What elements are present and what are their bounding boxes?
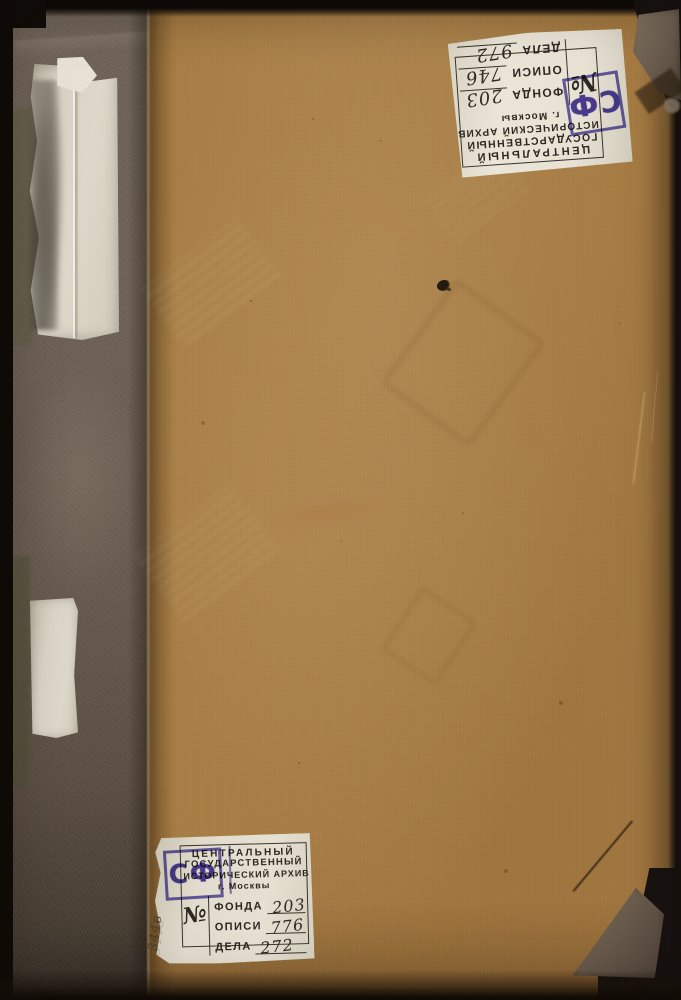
fond-label: ФОНДА [510,83,563,101]
label-fields: № ФОНДА 203 ОПИСИ 776 ДЕЛА 272 [184,893,307,956]
sf-ink-stamp: СФ [163,847,224,900]
opis-line: 746 [458,65,508,91]
spine-stain-lower [13,556,30,788]
delo-label: ДЕЛА [521,39,561,56]
delo-row: ДЕЛА 272 [215,933,306,955]
label-field-rows: ФОНДА 203 ОПИСИ 746 ДЕЛА 972 [457,39,570,112]
delo-label: ДЕЛА [215,941,252,955]
spine-wear-patch [22,360,140,590]
delo-line: 972 [457,42,518,69]
paper-strip-smudges [30,80,64,330]
photo-bottom-edge [0,970,681,1000]
label-paper: ЦЕНТРАЛЬНЫЙ ГОСУДАРСТВЕННЫЙ ИСТОРИЧЕСКИЙ… [153,833,314,965]
frayed-thread-tuft [664,98,680,113]
label-paper: ЦЕНТРАЛЬНЫЙ ГОСУДАРСТВЕННЫЙ ИСТОРИЧЕСКИЙ… [447,26,634,178]
photo-left-edge [0,0,13,1000]
ink-blot [437,280,450,291]
photo-top-edge [0,0,681,17]
photo-right-edge [668,0,681,1000]
delo-number-handwritten: 972 [473,39,513,66]
cover-hinge-highlight [147,4,150,996]
dirt-specks [250,300,252,302]
paper-strip-crease [73,66,75,338]
torn-paper-strip-lower [30,598,78,738]
fond-label: ФОНДА [214,901,263,915]
delo-line: 272 [255,932,306,954]
book-cover-photo: ЦЕНТРАЛЬНЫЙ ГОСУДАРСТВЕННЫЙ ИСТОРИЧЕСКИЙ… [0,0,681,1000]
label-field-rows: ФОНДА 203 ОПИСИ 776 ДЕЛА 272 [208,893,307,956]
fond-line: 203 [460,87,508,113]
opis-label: ОПИСИ [510,61,562,79]
opis-line: 776 [266,912,306,934]
sf-ink-stamp: СФ [562,70,626,136]
archive-label-top: ЦЕНТРАЛЬНЫЙ ГОСУДАРСТВЕННЫЙ ИСТОРИЧЕСКИЙ… [447,26,634,178]
fond-line: 203 [267,892,306,914]
archive-label-bottom: ЦЕНТРАЛЬНЫЙ ГОСУДАРСТВЕННЫЙ ИСТОРИЧЕСКИЙ… [153,833,314,965]
delo-number-handwritten: 272 [260,935,295,958]
